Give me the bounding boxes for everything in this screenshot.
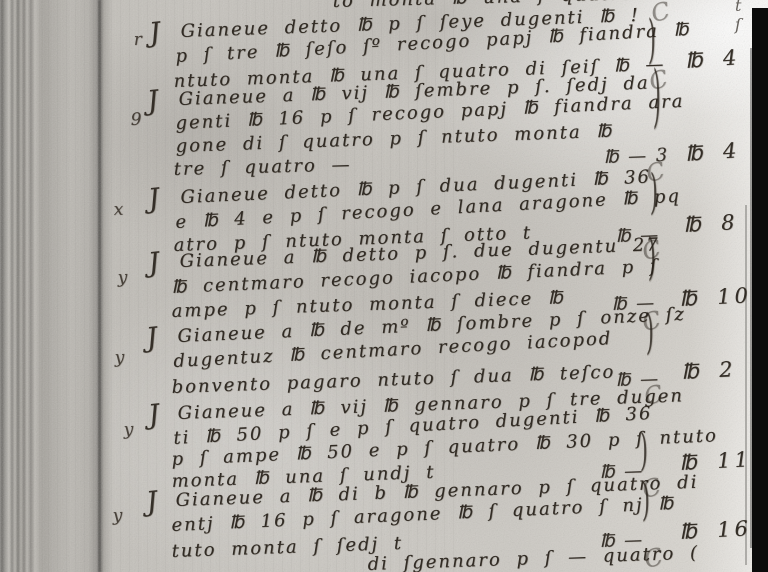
entry-brace: ) xyxy=(653,54,661,136)
amount-value: ℔ 4 t xyxy=(684,43,768,73)
amount-value: ℔ 11 ∂ xyxy=(679,446,768,475)
entry-initial: J xyxy=(148,17,162,49)
entry-mark: y xyxy=(114,348,124,368)
amount-value: ℔ 10 t xyxy=(679,282,768,311)
entry-initial: J xyxy=(145,486,159,518)
entry-initial: J xyxy=(147,399,161,431)
manuscript-line: tre ſ quatro — xyxy=(173,154,351,180)
next-page-edge-line xyxy=(745,205,747,565)
entry-brace: ) xyxy=(646,302,654,360)
amount-value: ℔ 16 ∂ xyxy=(679,515,768,544)
entry-initial: J xyxy=(147,183,161,215)
entry-mark: y xyxy=(123,420,133,440)
manuscript-page: to monta ℔ una ſ quatro t t ſ C r J Gian… xyxy=(0,0,768,572)
entry-brace: ) xyxy=(648,226,656,286)
amount-value: ℔ 2 ſi xyxy=(681,355,768,384)
entry-initial: J xyxy=(147,247,161,279)
amount-fragment-top: t ſ xyxy=(735,0,768,34)
entry-mark: y xyxy=(112,506,122,526)
entry-mark: r xyxy=(133,30,142,50)
amount-value: ℔ 8 t xyxy=(683,209,768,237)
entry-mark: 9 xyxy=(130,110,142,130)
entry-brace: ) xyxy=(642,473,650,526)
amount-value: ℔ 4 t xyxy=(684,136,768,166)
entry-mark: x xyxy=(113,200,123,220)
entry-initial: J xyxy=(146,85,160,117)
binding-gutter xyxy=(0,0,112,572)
entry-brace: ) xyxy=(640,423,648,476)
entry-initial: J xyxy=(145,322,159,354)
entry-mark: y xyxy=(117,268,127,288)
entry-brace: ) xyxy=(650,162,658,220)
page-crease xyxy=(98,0,101,572)
